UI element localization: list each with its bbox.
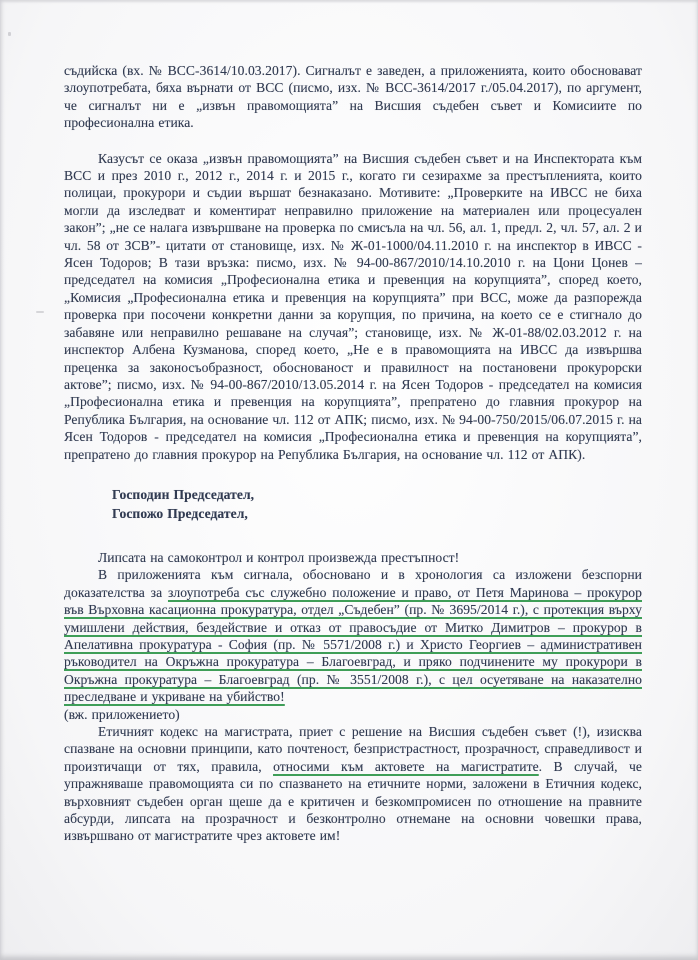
paragraph-case-history: Казусът се оказа „извън правомощията” на… — [64, 150, 642, 463]
salutation-line-1: Господин Председател, — [112, 485, 642, 504]
paragraph-evidence: В приложенията към сигнала, обосновано и… — [64, 566, 642, 705]
scanned-document-page: съдийска (вх. № ВСС-3614/10.03.2017). Си… — [0, 0, 698, 960]
salutation: Господин Председател, Госпожо Председате… — [112, 485, 642, 523]
salutation-line-2: Госпожо Председател, — [112, 504, 642, 523]
paragraph-thesis: Липсата на самоконтрол и контрол произве… — [64, 549, 642, 566]
paragraph-ethics-code: Етичният кодекс на магистрата, приет с р… — [64, 723, 642, 845]
document-body: съдийска (вх. № ВСС-3614/10.03.2017). Си… — [64, 62, 642, 845]
scan-speck — [8, 32, 11, 36]
underlined-passage-ethics: относими към актовете на магистратите — [273, 759, 539, 774]
attachment-note: (вж. приложението) — [64, 706, 642, 723]
scan-speck — [36, 311, 44, 313]
paragraph-continuation: съдийска (вх. № ВСС-3614/10.03.2017). Си… — [64, 62, 642, 132]
underlined-passage-accusation: злоупотреба със служебно положение и пра… — [64, 585, 642, 704]
